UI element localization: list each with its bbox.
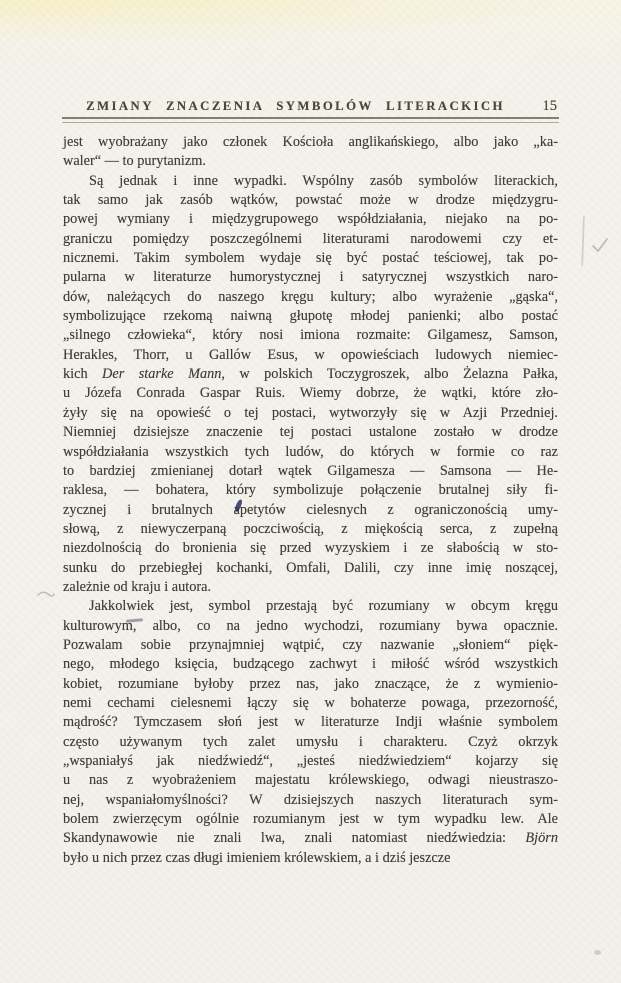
text-line: zależnie od kraju i autora. xyxy=(63,578,558,597)
page-number: 15 xyxy=(543,98,558,115)
scanned-book-page: ZMIANY ZNACZENIA SYMBOLÓW LITERACKICH 15… xyxy=(0,0,621,983)
text-line: Pozwalam sobie przynajmniej wątpić, czy … xyxy=(63,636,558,655)
text-line: jest wyobrażany jako członek Kościoła an… xyxy=(63,133,558,152)
text-line: Jakkolwiek jest, symbol przestają być ro… xyxy=(63,597,558,616)
corner-speck-mark xyxy=(594,950,601,955)
text-line: kobiet, rozumiane byłoby przez nas, jako… xyxy=(63,675,558,694)
text-line: tak samo jak zasób wątków, powstać może … xyxy=(63,191,558,210)
text-line: raklesa, — bohatera, który symbolizuje p… xyxy=(63,481,558,500)
text-line: kich Der starke Mann, w polskich Toczygr… xyxy=(63,365,558,384)
text-line: „wspaniałyś jak niedźwiedź“, „jesteś nie… xyxy=(63,752,558,771)
text-line: żyły się na opowieść o tej postaci, wytw… xyxy=(63,404,558,423)
text-line: często używanym tych zalet umysłu i char… xyxy=(63,733,558,752)
pencil-tick-icon xyxy=(36,588,56,600)
running-head: ZMIANY ZNACZENIA SYMBOLÓW LITERACKICH 15 xyxy=(63,99,558,117)
header-double-rule xyxy=(62,117,559,123)
text-line: Herakles, Thorr, u Gallów Esus, w opowie… xyxy=(63,346,558,365)
text-line: powej wymiany i międzygrupowego współdzi… xyxy=(63,210,558,229)
text-line: nej, wspaniałomyślności? W dzisiejszych … xyxy=(63,791,558,810)
pencil-line-mark xyxy=(581,216,587,266)
text-line: niezdolnością do bronienia się przed wyz… xyxy=(63,539,558,558)
text-line: kulturowym, albo, co na jedno wychodzi, … xyxy=(63,617,558,636)
text-block: jest wyobrażany jako członek Kościoła an… xyxy=(63,133,558,868)
text-line: było u nich przez czas długi imieniem kr… xyxy=(63,849,558,868)
text-line: Skandynawowie nie znali lwa, znali natom… xyxy=(63,829,558,848)
text-line: nego, młodego księcia, budzącego zachwyt… xyxy=(63,655,558,674)
text-line: Niemniej dzisiejsze znaczenie tej postac… xyxy=(63,423,558,442)
text-line: pularna w literaturze humorystycznej i s… xyxy=(63,268,558,287)
text-line: nemi cechami cielesnemi łączy się w boha… xyxy=(63,694,558,713)
text-line: nicznemi. Takim symbolem wydaje się być … xyxy=(63,249,558,268)
text-line: współdziałania wszystkich tych ludów, do… xyxy=(63,443,558,462)
text-line: dów, należących do naszego kręgu kultury… xyxy=(63,288,558,307)
text-line: waler“ — to purytanizm. xyxy=(63,152,558,171)
text-line: u nas z wyobrażeniem majestatu królewski… xyxy=(63,771,558,790)
text-line: sunku do przebiegłej kochanki, Omfali, D… xyxy=(63,559,558,578)
text-line: u Józefa Conrada Gaspar Ruis. Wiemy dobr… xyxy=(63,384,558,403)
text-line: mądrość? Tymczasem słoń jest w literatur… xyxy=(63,713,558,732)
text-line: bolem zwierzęcym ogólnie rozumianym jest… xyxy=(63,810,558,829)
text-line: zycznej i brutalnych apetytów cielesnych… xyxy=(63,501,558,520)
text-line: symbolizujące rzekomą naiwną głupotę mło… xyxy=(63,307,558,326)
page-header-title: ZMIANY ZNACZENIA SYMBOLÓW LITERACKICH xyxy=(63,99,528,114)
text-line: graniczu pomiędzy poszczególnemi literat… xyxy=(63,230,558,249)
text-line: to bardziej zmienianej dotarł wątek Gilg… xyxy=(63,462,558,481)
pencil-checkmark-icon xyxy=(590,235,610,255)
text-line: „silnego człowieka“, który nosi imiona r… xyxy=(63,326,558,345)
text-line: słową, z niewyczerpaną poczciwością, z m… xyxy=(63,520,558,539)
text-line: Są jednak i inne wypadki. Wspólny zasób … xyxy=(63,172,558,191)
